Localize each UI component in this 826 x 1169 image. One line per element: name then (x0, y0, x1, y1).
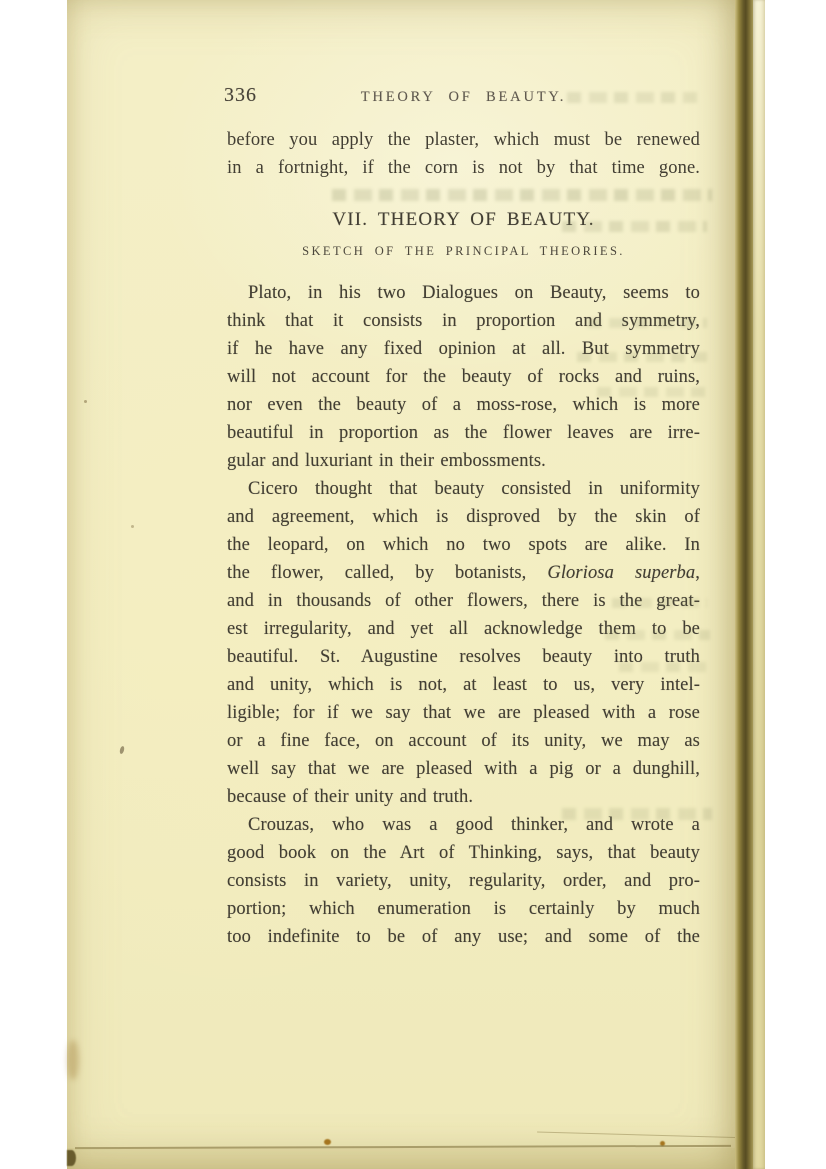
ink-speck (131, 525, 134, 528)
page-bottom-shade (67, 1148, 735, 1169)
text-line: portion; which enumeration is certainly … (227, 895, 700, 923)
book-fore-edge-band (735, 0, 753, 1169)
bleed-through-mark (332, 189, 712, 201)
ink-speck (84, 400, 87, 403)
book-page-scan: 336 THEORY OF BEAUTY. before you apply t… (0, 0, 826, 1169)
ink-speck (119, 746, 125, 755)
page-edge-strip (753, 0, 765, 1169)
bleed-through-mark (562, 221, 707, 232)
bleed-through-mark (597, 387, 707, 397)
text-line: Plato, in his two Dialogues on Beauty, s… (227, 279, 700, 307)
text-line: the leopard, on which no two spots are a… (227, 531, 700, 559)
section-subheading: SKETCH OF THE PRINCIPAL THEORIES. (227, 243, 700, 259)
body-text: Plato, in his two Dialogues on Beauty, s… (227, 279, 700, 951)
text-line: too indefinite to be of any use; and som… (227, 923, 700, 951)
text-line: well say that we are pleased with a pig … (227, 755, 700, 783)
bleed-through-mark (605, 630, 710, 640)
bleed-through-mark (587, 318, 707, 328)
text-line: before you apply the plaster, which must… (227, 126, 700, 154)
bleed-through-mark (562, 808, 712, 820)
text-line: because of their unity and truth. (227, 783, 700, 811)
text-line: consists in variety, unity, regularity, … (227, 867, 700, 895)
bleed-through-mark (567, 92, 697, 103)
intro-paragraph: before you apply the plaster, which must… (227, 126, 700, 182)
text-line: gular and luxuriant in their embossments… (227, 447, 700, 475)
text-line: or a fine face, on account of its unity,… (227, 727, 700, 755)
book-page: 336 THEORY OF BEAUTY. before you apply t… (67, 0, 735, 1169)
edge-stain (67, 1040, 79, 1080)
text-line: Cicero thought that beauty consisted in … (227, 475, 700, 503)
page-crease-line (537, 1131, 735, 1138)
text-line: in a fortnight, if the corn is not by th… (227, 154, 700, 182)
foxing-speck (324, 1139, 331, 1145)
text-line: and agreement, which is disproved by the… (227, 503, 700, 531)
bleed-through-mark (612, 598, 707, 608)
text-line: beautiful in proportion as the flower le… (227, 419, 700, 447)
text-line: the flower, called, by botanists, Glorio… (227, 559, 700, 587)
text-line: ligible; for if we say that we are pleas… (227, 699, 700, 727)
bleed-through-mark (619, 662, 709, 672)
text-line: and unity, which is not, at least to us,… (227, 671, 700, 699)
bleed-through-mark (577, 352, 707, 362)
text-line: good book on the Art of Thinking, says, … (227, 839, 700, 867)
